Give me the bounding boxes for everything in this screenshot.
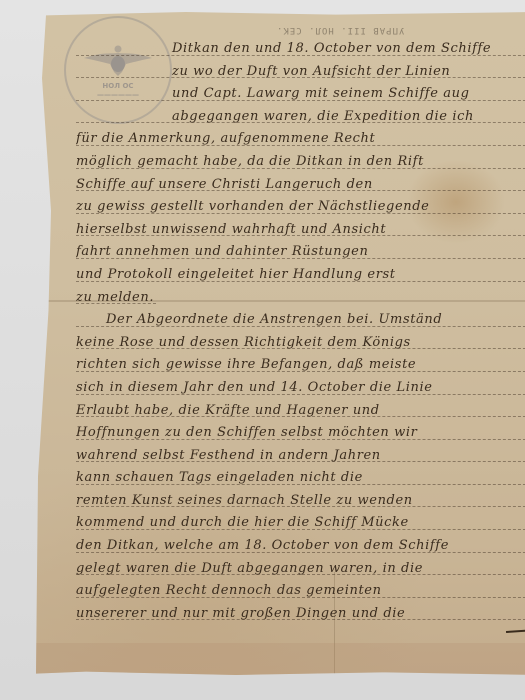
text-line: fahrt annehmen und dahinter Rüstungen (76, 241, 525, 264)
text-line: richten sich gewisse ihre Befangen, daß … (76, 354, 525, 377)
text-line: kann schauen Tags eingeladen nicht die (76, 467, 525, 490)
header-print-text: УПРАВ III. НОЛ. СЕК. (276, 25, 404, 35)
text-line: sich in diesem Jahr den und 14. October … (76, 377, 525, 400)
paper-bottom-edge (36, 643, 525, 675)
text-line: wahrend selbst Festhend in andern Jahren (76, 445, 525, 468)
text-line: keine Rose und dessen Richtigkeit dem Kö… (76, 332, 525, 355)
text-line: abgegangen waren, die Expedition die ich (76, 106, 525, 129)
text-line: den Ditkan, welche am 18. October von de… (76, 535, 525, 558)
handwritten-text-block: Ditkan den und 18. October von dem Schif… (76, 38, 525, 625)
text-line: Ditkan den und 18. October von dem Schif… (76, 38, 525, 61)
text-line: Hoffnungen zu den Schiffen selbst möchte… (76, 422, 525, 445)
text-line: zu melden. (76, 287, 525, 310)
text-line: remten Kunst seines darnach Stelle zu we… (76, 490, 525, 513)
manuscript-page: УПРАВ III. НОЛ. СЕК. НОЛ ОС —————— Ditka… (36, 12, 525, 675)
text-line: zu gewiss gestellt vorhanden der Nächstl… (76, 196, 525, 219)
text-line: hierselbst unwissend wahrhaft und Ansich… (76, 219, 525, 242)
text-line: und Protokoll eingeleitet hier Handlung … (76, 264, 525, 287)
text-line: und Capt. Lawarg mit seinem Schiffe aug (76, 83, 525, 106)
ink-flourish-mark (506, 629, 525, 633)
text-line: Erlaubt habe, die Kräfte und Hagener und (76, 400, 525, 423)
text-line: zu wo der Duft von Aufsicht der Linien (76, 61, 525, 84)
text-line: für die Anmerkung, aufgenommene Recht (76, 128, 525, 151)
text-line: Schiffe auf unsere Christi Langeruch den (76, 174, 525, 197)
text-line: unsererer und nur mit großen Dingen und … (76, 603, 525, 626)
text-line: gelegt waren die Duft abgegangen waren, … (76, 558, 525, 581)
text-line: möglich gemacht habe, da die Ditkan in d… (76, 151, 525, 174)
text-line: aufgelegten Recht dennoch das gemeinten (76, 580, 525, 603)
text-line: kommend und durch die hier die Schiff Mü… (76, 512, 525, 535)
text-line: Der Abgeordnete die Anstrengen bei. Umst… (76, 309, 525, 332)
